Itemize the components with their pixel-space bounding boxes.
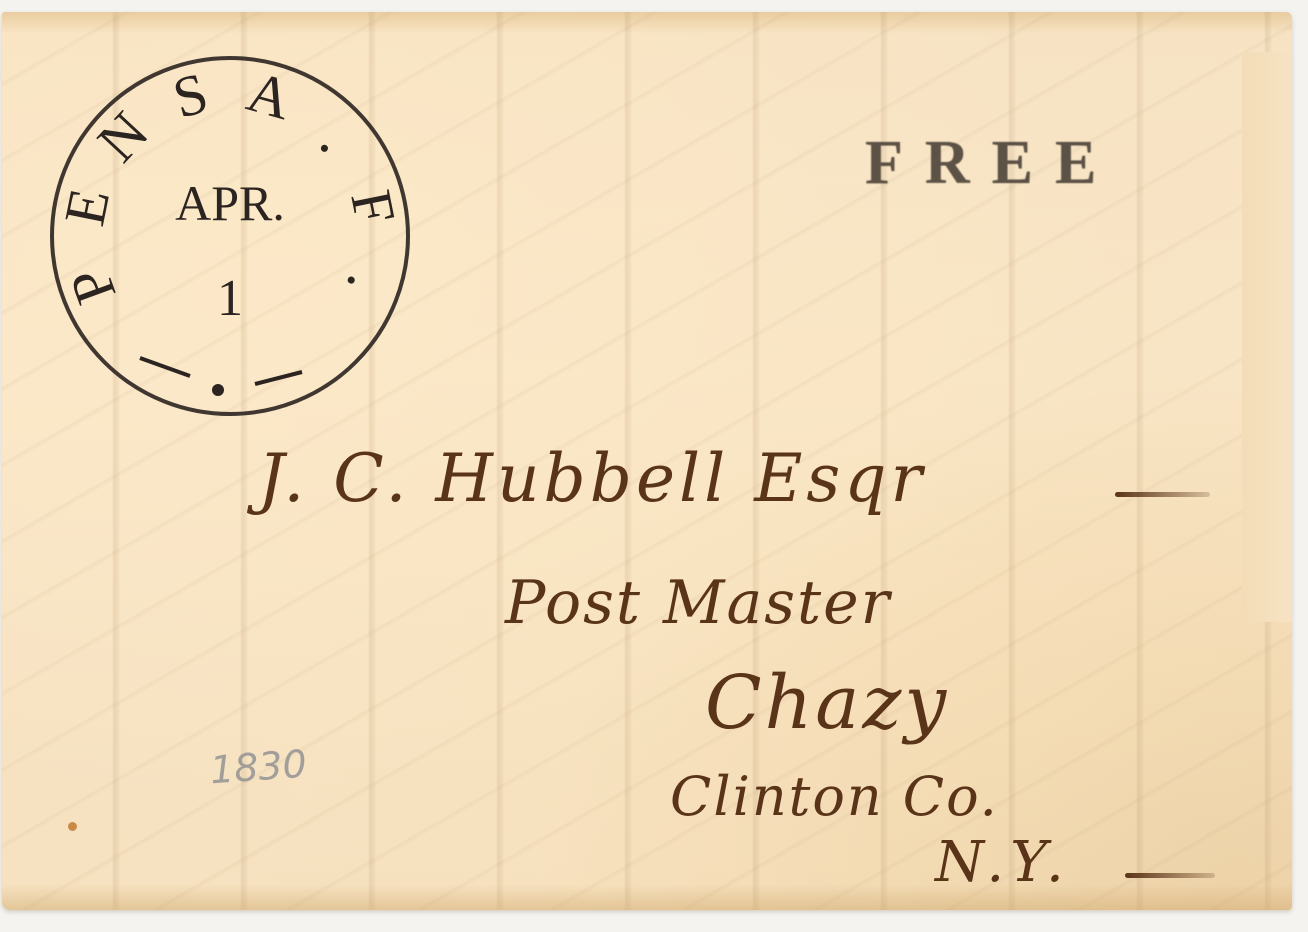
postmark-letter: N [85,99,161,174]
circular-postmark: PENSA.F. APR. 1 [40,50,420,422]
postmark-dash-right [255,372,302,384]
destination-county: Clinton Co. [670,765,999,828]
pencil-year-note: 1830 [209,742,309,793]
postmark-letter: E [51,183,122,231]
postmark-letter: F [338,185,408,229]
addressee-name: J. C. Hubbell Esqr [258,440,926,517]
folded-flap [1242,52,1292,622]
postmark-letter: A [241,58,299,132]
postmark-letter: . [334,268,401,305]
free-handstamp: FREE [865,128,1118,199]
postmark-letter: . [308,109,367,165]
postmark-svg: PENSA.F. APR. 1 [40,50,420,422]
postmark-day: 1 [217,270,243,327]
foxing-spot [68,822,77,831]
destination-town: Chazy [705,660,949,746]
name-flourish [1115,492,1210,497]
destination-state: N.Y. [935,830,1070,895]
postmark-dash-left [140,358,190,376]
postmark-dot [212,384,224,396]
postmark-letter: S [166,60,215,131]
addressee-title: Post Master [505,568,891,638]
postmark-month: APR. [175,175,285,231]
state-flourish [1125,873,1215,878]
postmark-letter: P [57,260,129,313]
